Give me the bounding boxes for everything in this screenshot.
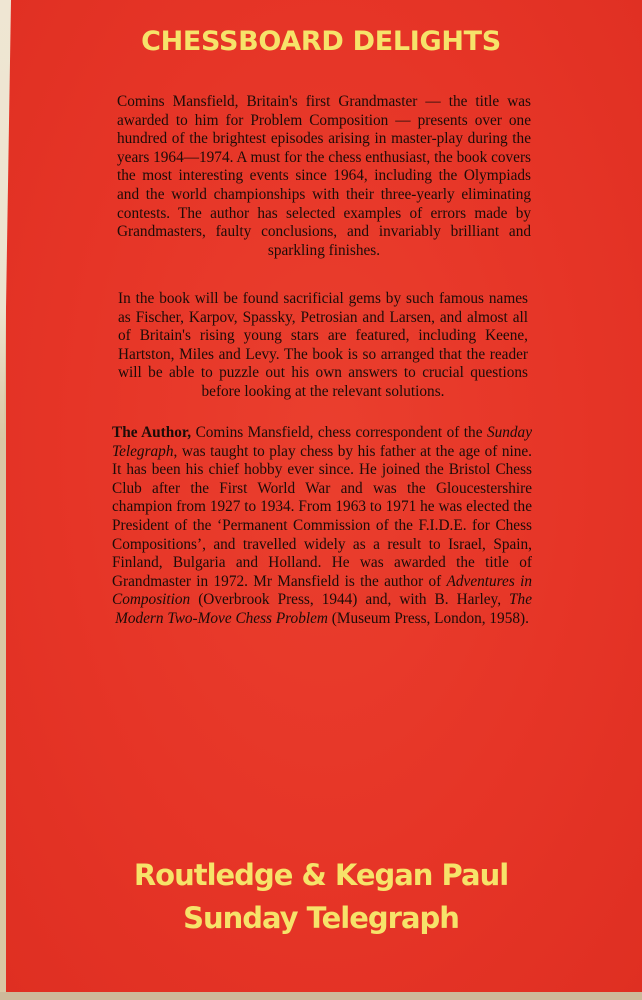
table-surface [0,992,642,1000]
author-bio-text: Comins Mansfield, chess correspondent of… [191,424,487,441]
author-bio-text: (Overbrook Press, 1944) and, with B. Har… [190,591,509,608]
co-publisher-name: Sunday Telegraph [0,901,642,935]
author-bio: The Author, Comins Mansfield, chess corr… [112,424,532,629]
book-title: CHESSBOARD DELIGHTS [0,26,642,57]
blurb-paragraph-1: Comins Mansfield, Britain's first Grandm… [117,93,531,260]
author-bio-label: The Author, [112,424,191,441]
author-bio-text: (Museum Press, London, 1958). [328,610,529,627]
blurb-paragraph-2: In the book will be found sacrificial ge… [118,290,528,402]
publisher-name: Routledge & Kegan Paul [0,858,642,892]
author-bio-text: , was taught to play chess by his father… [112,443,532,590]
